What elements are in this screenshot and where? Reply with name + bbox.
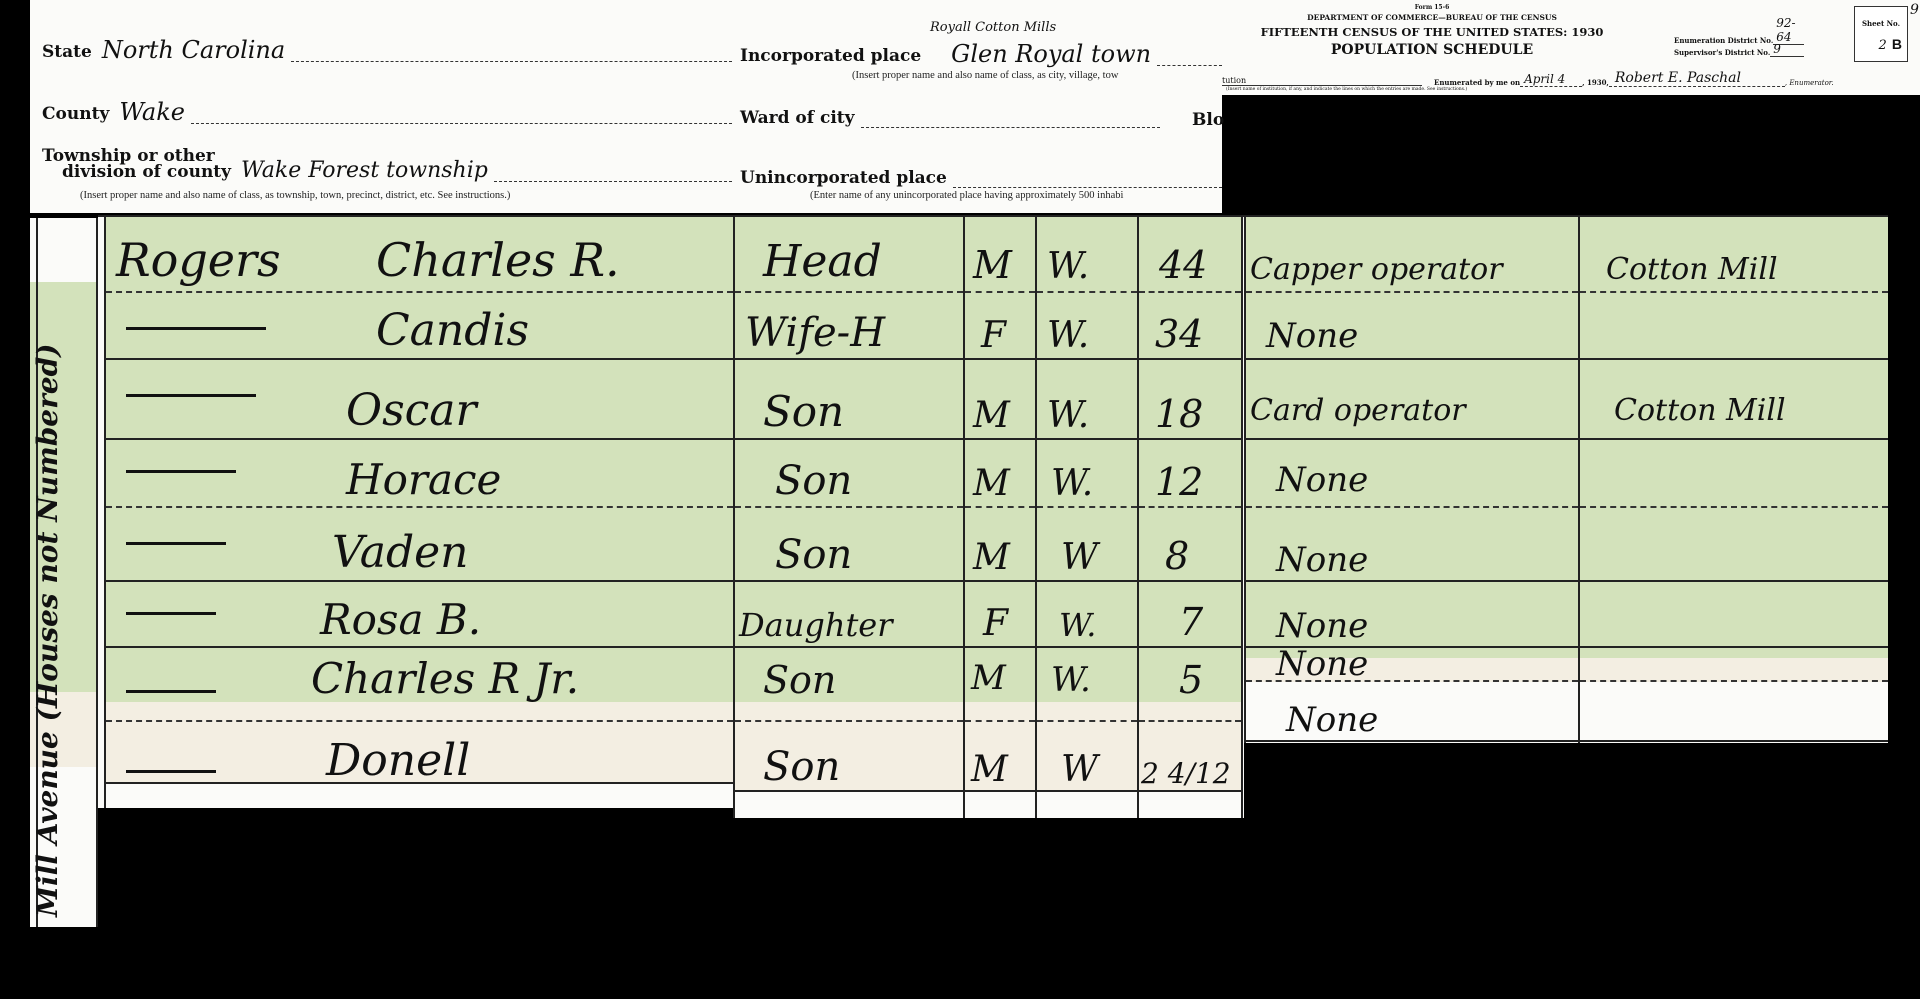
- occupation: None: [1276, 606, 1368, 646]
- occupation: None: [1276, 540, 1368, 580]
- census-header-right: Form 15-6 DEPARTMENT OF COMMERCE—BUREAU …: [1222, 0, 1920, 95]
- industry-cell: Cotton Mill: [1580, 217, 1888, 293]
- name-cell: Rosa B.: [106, 582, 733, 648]
- sex: F: [981, 315, 1006, 356]
- relation-left-border: [733, 215, 735, 818]
- county-field: County Wake: [42, 100, 732, 124]
- name-cell: Candis: [106, 293, 733, 360]
- relation: Son: [775, 532, 852, 578]
- supervisor-label: Supervisor's District No.: [1674, 48, 1770, 57]
- occupation-cell: None: [1246, 293, 1578, 360]
- industry-divider: [1578, 215, 1580, 743]
- incorporated-note: (Insert proper name and also name of cla…: [852, 70, 1118, 81]
- county-dotted-line: [191, 123, 732, 124]
- occupation-cell: None: [1246, 658, 1578, 682]
- enum-district-field: Enumeration District No. 92-64: [1674, 16, 1804, 45]
- name-cell: Oscar: [106, 360, 733, 440]
- race-cell: W: [1037, 508, 1137, 582]
- relation: Head: [763, 236, 882, 287]
- age: 5: [1179, 658, 1203, 702]
- unincorporated-field: Unincorporated place: [740, 168, 1222, 188]
- race: W.: [1051, 660, 1091, 700]
- schedule-title: POPULATION SCHEDULE: [1222, 42, 1642, 58]
- county-label: County: [42, 104, 109, 124]
- age: 8: [1165, 534, 1189, 578]
- age: 2 4/12: [1141, 757, 1231, 790]
- industry-cell: Cotton Mill: [1580, 360, 1888, 440]
- industry-cell: [1580, 440, 1888, 508]
- industry-cell: [1580, 682, 1888, 742]
- industry-cell-green: [1580, 648, 1888, 658]
- enumerated-year: , 1930,: [1582, 78, 1609, 87]
- race-divider: [1035, 215, 1037, 818]
- sex: M: [973, 243, 1012, 287]
- enumerator-name: Robert E. Paschal: [1609, 70, 1785, 87]
- incorporated-label: Incorporated place: [740, 46, 921, 66]
- given-name: Rosa B.: [320, 595, 481, 644]
- race-cell: W: [1037, 722, 1137, 792]
- ditto-dash: [126, 394, 256, 397]
- age-cell: 2 4/12: [1139, 722, 1241, 792]
- age-cell: 12: [1139, 440, 1241, 508]
- race-cell: W.: [1037, 440, 1137, 508]
- occupation: Card operator: [1250, 393, 1466, 428]
- given-name: Oscar: [346, 385, 477, 436]
- sheet-label: Sheet No.: [1855, 19, 1907, 28]
- relation-cell: Son: [735, 440, 963, 508]
- unincorporated-dotted-line: [953, 187, 1222, 188]
- name-cell: Charles R Jr.: [106, 648, 733, 702]
- sheet-value: 2: [1879, 38, 1887, 53]
- race-cell: W.: [1037, 217, 1137, 293]
- age: 18: [1155, 392, 1203, 436]
- age-cell: 7: [1139, 582, 1241, 648]
- age: 12: [1155, 460, 1203, 504]
- occupation-cell: None: [1246, 682, 1578, 742]
- relation-cell: Daughter: [735, 582, 963, 648]
- occupation-border: [1244, 215, 1246, 743]
- industry-cell: [1580, 658, 1888, 682]
- occupation-cell: None: [1246, 582, 1578, 648]
- occupation-cell: None: [1246, 508, 1578, 582]
- unincorporated-note: (Enter name of any unincorporated place …: [810, 190, 1123, 201]
- given-name: Charles R Jr.: [311, 654, 579, 703]
- sex-cell: F: [965, 582, 1035, 648]
- ward-dotted-line: [861, 127, 1160, 128]
- relation: Wife-H: [745, 310, 885, 356]
- occupation: Capper operator: [1250, 252, 1503, 287]
- race: W.: [1047, 315, 1089, 356]
- township-note: (Insert proper name and also name of cla…: [80, 190, 510, 201]
- name-cell: Horace: [106, 440, 733, 508]
- given-name: Charles R.: [376, 233, 620, 287]
- ditto-dash: [126, 470, 236, 473]
- ditto-dash: [126, 327, 266, 330]
- sex-cell: M: [965, 648, 1035, 702]
- names-border: [104, 215, 106, 808]
- given-name: Donell: [326, 735, 470, 786]
- race: W.: [1047, 246, 1089, 287]
- occupation: None: [1266, 316, 1358, 356]
- sex: M: [973, 537, 1010, 578]
- incorporated-annotation: Royall Cotton Mills: [930, 20, 1056, 35]
- state-value: North Carolina: [92, 38, 285, 62]
- age: 34: [1155, 312, 1203, 356]
- race-cell: W.: [1037, 648, 1137, 702]
- incorporated-field: Incorporated place Glen Royal town: [740, 42, 1222, 66]
- census-header-left: State North Carolina County Wake Townshi…: [30, 0, 1222, 213]
- race: W.: [1059, 606, 1096, 644]
- relation: Daughter: [739, 606, 893, 644]
- relation: Son: [763, 658, 836, 702]
- age-cell: 34: [1139, 293, 1241, 360]
- occupation-continued: None: [1286, 700, 1378, 740]
- institution-fragment: tution: [1222, 76, 1422, 86]
- race-cell: W.: [1037, 293, 1137, 360]
- race-cell-cream: [1037, 702, 1137, 722]
- state-dotted-line: [291, 61, 732, 62]
- name-cell: Donell: [106, 722, 733, 784]
- industry-cell: [1580, 582, 1888, 648]
- unincorporated-label: Unincorporated place: [740, 168, 947, 188]
- ditto-dash: [126, 770, 216, 773]
- given-name: Candis: [376, 305, 529, 356]
- sex-cell: M: [965, 360, 1035, 440]
- relation: Son: [763, 744, 840, 790]
- incorporated-value: Glen Royal town: [921, 42, 1151, 66]
- county-value: Wake: [109, 100, 185, 124]
- sex-cell: F: [965, 293, 1035, 360]
- occupation-cell: Card operator: [1246, 360, 1578, 440]
- sex: M: [971, 658, 1006, 698]
- sheet-number-box: Sheet No. 2 B: [1854, 6, 1908, 62]
- institution-note: (Insert name of institution, if any, and…: [1226, 87, 1467, 92]
- age-divider: [1137, 215, 1139, 818]
- ward-field: Ward of city: [740, 108, 1160, 128]
- race: W.: [1047, 395, 1089, 436]
- sheet-letter: B: [1892, 36, 1902, 52]
- race-cell: W.: [1037, 582, 1137, 648]
- race: W: [1061, 749, 1098, 790]
- occupation-cell: Capper operator: [1246, 217, 1578, 293]
- incorporated-dotted-line: [1157, 65, 1222, 66]
- name-cell: Rogers Charles R.: [106, 217, 733, 293]
- age-cell: 8: [1139, 508, 1241, 582]
- enumerated-line: Enumerated by me on April 4 , 1930, Robe…: [1434, 70, 1834, 87]
- industry: Cotton Mill: [1614, 393, 1786, 428]
- name-cell: Vaden: [106, 508, 733, 582]
- name-cell-cream: [106, 702, 733, 722]
- given-name: Horace: [346, 455, 501, 504]
- industry-cell: [1580, 508, 1888, 582]
- enumerated-date: April 4: [1520, 72, 1582, 87]
- sex: M: [971, 749, 1008, 790]
- age-right-divider: [1241, 215, 1243, 818]
- relation-cell: Son: [735, 722, 963, 792]
- industry-cell: [1580, 293, 1888, 360]
- department-line: DEPARTMENT OF COMMERCE—BUREAU OF THE CEN…: [1222, 13, 1642, 22]
- relation: Son: [763, 387, 844, 436]
- sex-divider: [963, 215, 965, 818]
- enum-district-value: 92-64: [1773, 16, 1804, 45]
- supervisor-value: 9: [1770, 42, 1804, 57]
- sex: M: [973, 395, 1010, 436]
- enumerated-label: Enumerated by me on: [1434, 78, 1520, 87]
- street-label: Mill Avenue (Houses not Numbered): [31, 217, 64, 917]
- sex-cell: M: [965, 217, 1035, 293]
- relation-cell: Son: [735, 508, 963, 582]
- occupation: None: [1276, 460, 1368, 500]
- occupation-cell: None: [1246, 440, 1578, 508]
- sex-cell: M: [965, 508, 1035, 582]
- township-value: Wake Forest township: [231, 160, 488, 182]
- ditto-dash: [126, 690, 216, 693]
- enumerator-label: , Enumerator.: [1785, 79, 1834, 87]
- relation: Son: [775, 458, 852, 504]
- race: W: [1061, 537, 1098, 578]
- race-cell: W.: [1037, 360, 1137, 440]
- state-label: State: [42, 42, 92, 62]
- township-field: division of county Wake Forest township: [62, 160, 732, 182]
- ward-label: Ward of city: [740, 108, 855, 128]
- sex-cell: M: [965, 722, 1035, 792]
- surname: Rogers: [116, 233, 281, 287]
- form-number: Form 15-6: [1222, 4, 1642, 11]
- race: W.: [1051, 463, 1093, 504]
- age: 44: [1159, 243, 1207, 287]
- industry: Cotton Mill: [1606, 252, 1778, 287]
- state-field: State North Carolina: [42, 38, 732, 62]
- sex: F: [983, 603, 1008, 644]
- relation-cell: Son: [735, 360, 963, 440]
- age-cell: 44: [1139, 217, 1241, 293]
- age-cell: 5: [1139, 648, 1241, 702]
- township-label-2: division of county: [62, 162, 231, 182]
- relation-cell: Head: [735, 217, 963, 293]
- street-strip: Mill Avenue (Houses not Numbered): [30, 218, 98, 927]
- given-name: Vaden: [332, 527, 469, 578]
- ditto-dash: [126, 542, 226, 545]
- supervisor-field: Supervisor's District No. 9: [1674, 42, 1804, 57]
- relation-cell: Son: [735, 648, 963, 702]
- corner-mark: 9: [1910, 2, 1919, 18]
- sex-cell: M: [965, 440, 1035, 508]
- relation-cell-cream: [735, 702, 963, 722]
- block-label: Blo: [1192, 110, 1224, 130]
- occupation: None: [1276, 644, 1368, 684]
- age-cell: 18: [1139, 360, 1241, 440]
- age: 7: [1179, 600, 1203, 644]
- age-cell-cream: [1139, 702, 1241, 722]
- ditto-dash: [126, 612, 216, 615]
- relation-cell: Wife-H: [735, 293, 963, 360]
- township-dotted-line: [494, 181, 732, 182]
- census-title: FIFTEENTH CENSUS OF THE UNITED STATES: 1…: [1222, 25, 1642, 39]
- sex: M: [973, 463, 1010, 504]
- sex-cell-cream: [965, 702, 1035, 722]
